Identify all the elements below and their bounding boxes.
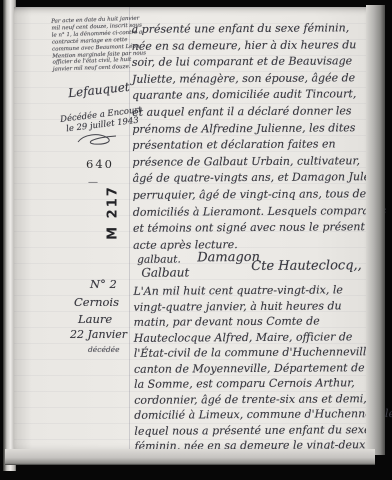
archive-stamp: M 217 — [106, 180, 121, 246]
act-date: 22 Janvier — [70, 328, 127, 341]
act1-line: présence de Galbaut Urbain, cultivateur, — [132, 153, 364, 171]
act1-line: perruquier, âgé de vingt-cinq ans, tous … — [133, 186, 365, 204]
underlying-pages-bottom-edge — [5, 449, 375, 465]
dash-mark: — — [88, 177, 98, 188]
signature-galbaut-2: Galbaut — [141, 266, 189, 280]
signature-hauteclocque: Cte Hauteclocq,, — [251, 259, 362, 275]
act2-line: lequel nous a présenté une enfant du sex… — [134, 422, 366, 439]
page-number: 640 — [86, 157, 114, 171]
act1-line: a présenté une enfant du sexe féminin, — [132, 20, 364, 38]
act1-line: née en sa demeure, hier à dix heures du — [132, 37, 364, 55]
act1-line: quarante ans, domiciliée audit Tincourt, — [132, 87, 364, 105]
act2-line: cordonnier, âgé de trente-six ans et dem… — [134, 391, 366, 408]
act2-line: L'An mil huit cent quatre-vingt-dix, le — [133, 283, 365, 300]
margin-signature: Lefauquet — [67, 80, 130, 100]
act2-line: vingt-quatre janvier, à huit heures du — [133, 298, 365, 315]
register-page: Par acte en date du huit janvier mil neu… — [14, 7, 367, 454]
signature-flourish — [76, 131, 118, 147]
act-death-note: décédée — [88, 345, 120, 354]
underlying-pages-right-edge — [366, 5, 385, 455]
margin-rule-line — [129, 7, 130, 454]
act1-line: prénoms de Alfredine Julienne, les dites — [132, 120, 364, 138]
act2-line: Hauteclocque Alfred, Maire, officier de — [134, 329, 366, 346]
act-2-text: L'An mil huit cent quatre-vingt-dix, lev… — [133, 283, 366, 455]
main-text-column: a présenté une enfant du sexe féminin,né… — [131, 6, 366, 454]
act1-line: Juliette, ménagère, son épouse, âgée de — [132, 70, 364, 88]
act2-line: l'État-civil de la commune d'Huchennevil… — [134, 344, 366, 361]
signatures-row: galbaut. Damagon Galbaut Cte Hauteclocq,… — [133, 253, 365, 285]
act-surname: Cernois — [74, 295, 119, 309]
act2-line: domicilié à Limeux, commune d'Huchennevi… — [134, 406, 366, 423]
act-given-name: Laure — [78, 312, 112, 326]
act1-line: présentation et déclaration faites en — [132, 136, 364, 154]
act1-line: et témoins ont signé avec nous le présen… — [133, 219, 365, 237]
act1-line: et auquel enfant il a déclaré donner les — [132, 103, 364, 121]
act1-line: domiciliés à Lieramont. Lesquels compara… — [133, 203, 365, 221]
signature-galbaut-1: galbaut. — [137, 254, 181, 266]
act-number: N° 2 — [90, 277, 117, 291]
act2-line: canton de Moyenneville, Département de — [134, 360, 366, 377]
act1-line: âgé de quatre-vingts ans, et Damagon Jul… — [133, 170, 365, 188]
register-scan: Par acte en date du huit janvier mil neu… — [0, 0, 392, 480]
act2-line: la Somme, est comparu Cernois Arthur, — [134, 375, 366, 392]
act-1-continuation-text: a présenté une enfant du sexe féminin,né… — [132, 20, 366, 254]
act1-line: soir, de lui comparant et de Beauvisage — [132, 53, 364, 71]
act2-line: matin, par devant nous Comte de — [134, 314, 366, 331]
